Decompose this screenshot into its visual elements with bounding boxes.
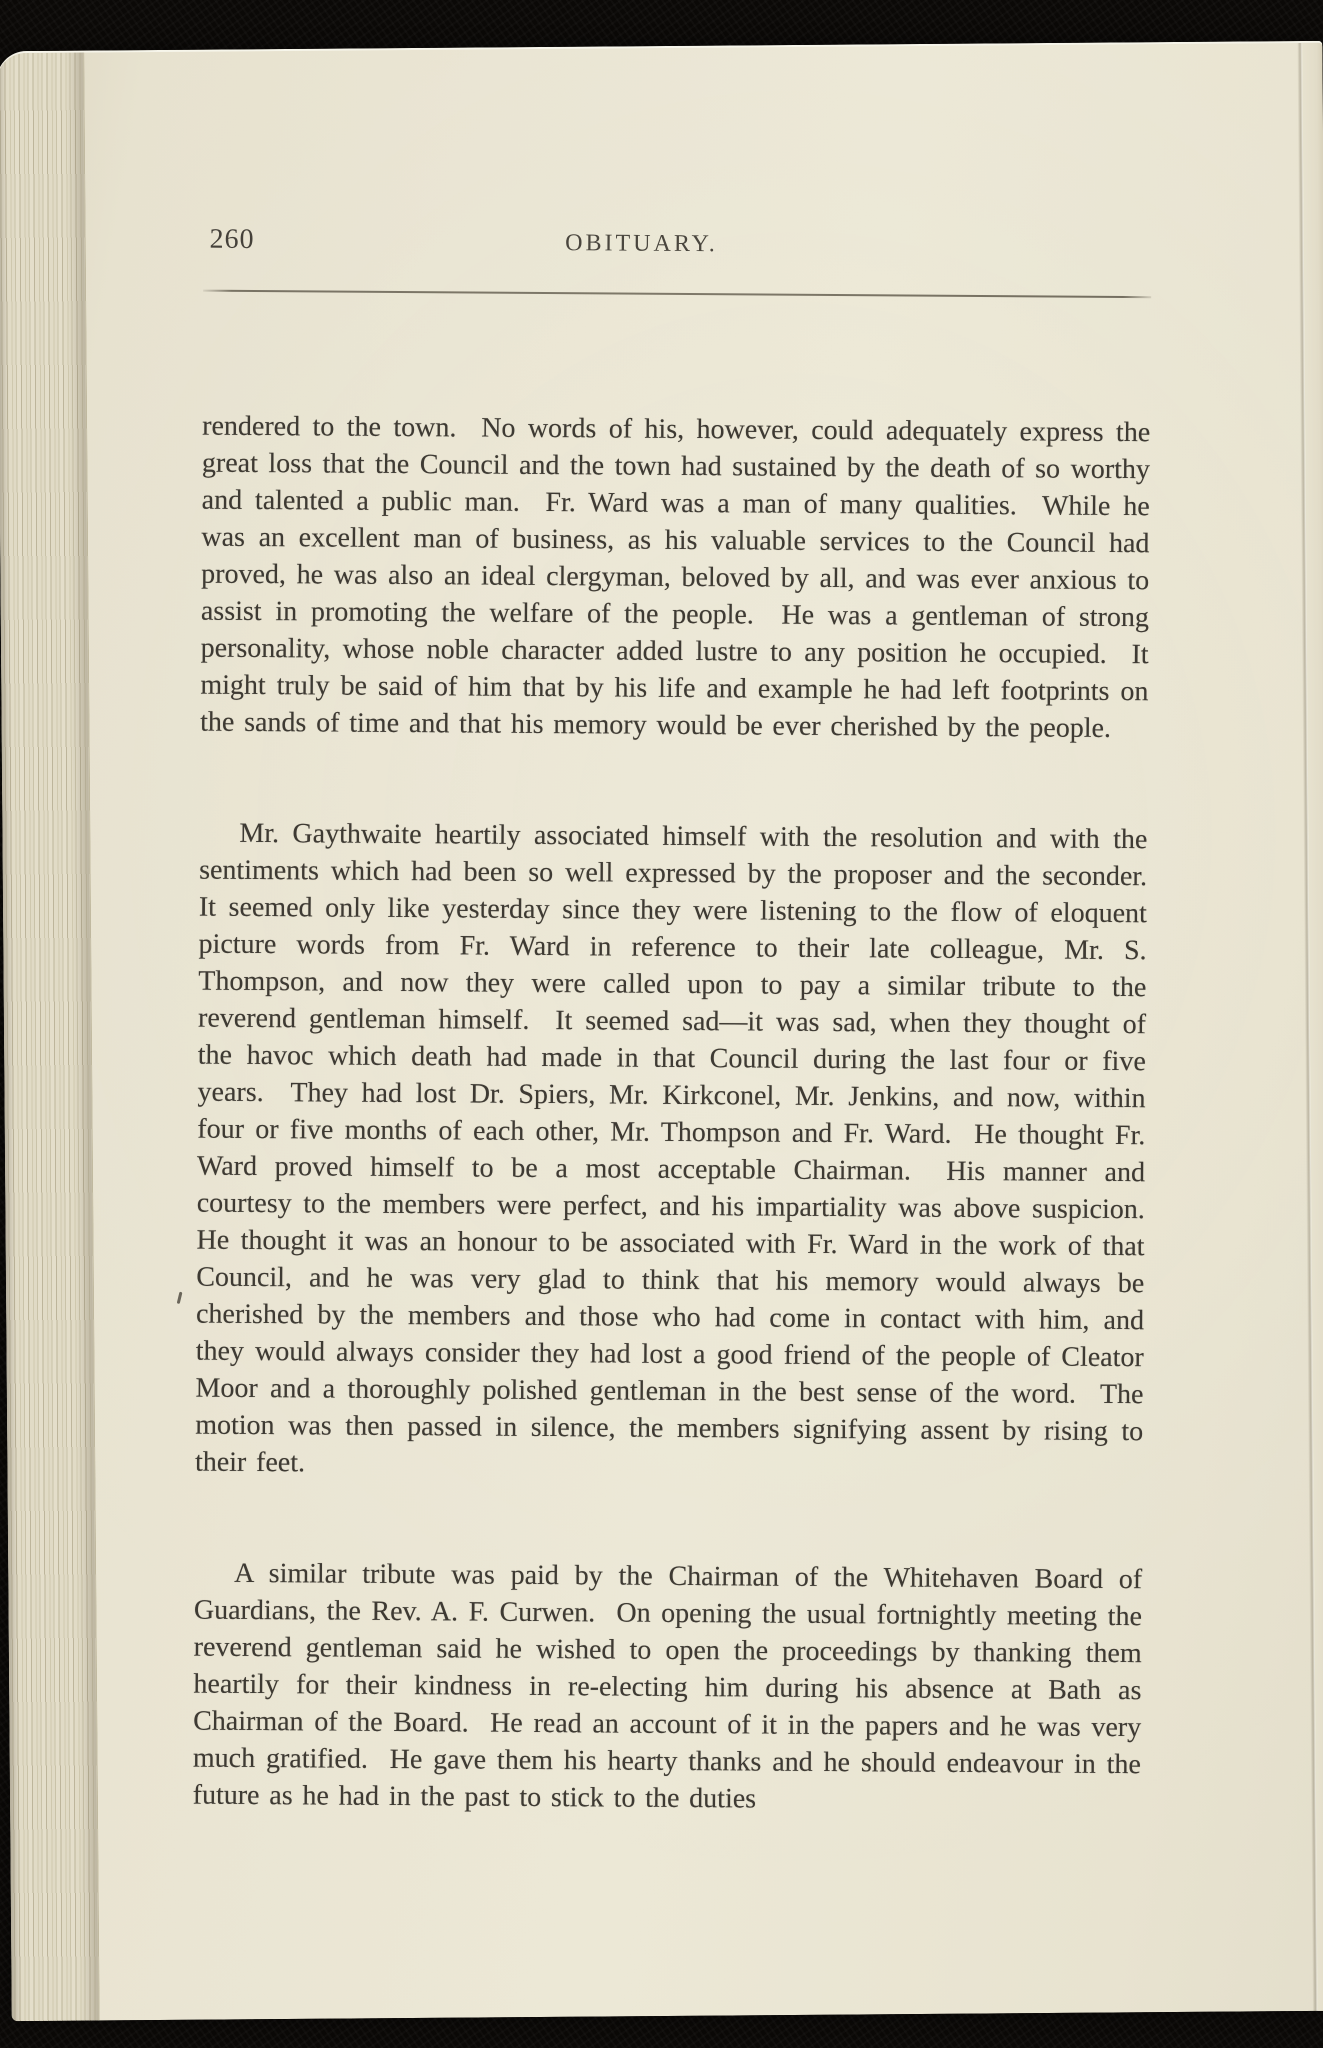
scan-background: 260 OBITUARY. rendered to the town. No w… [0,0,1323,2048]
paragraph: A similar tribute was paid by the Chairm… [193,1555,1143,1821]
page-stack-edge [0,53,100,2022]
page-header: 260 OBITUARY. [203,224,1155,273]
page-content: 260 OBITUARY. rendered to the town. No w… [192,224,1156,1895]
paragraph: Mr. Gaythwaite heartily associated himse… [195,815,1148,1488]
ink-speck [177,1292,183,1304]
running-head: OBITUARY. [165,227,1117,261]
obituary-body: rendered to the town. No words of his, h… [192,334,1151,1895]
book-page: 260 OBITUARY. rendered to the town. No w… [0,41,1323,2021]
paragraph: rendered to the town. No words of his, h… [200,408,1150,748]
header-rule [203,290,1151,299]
